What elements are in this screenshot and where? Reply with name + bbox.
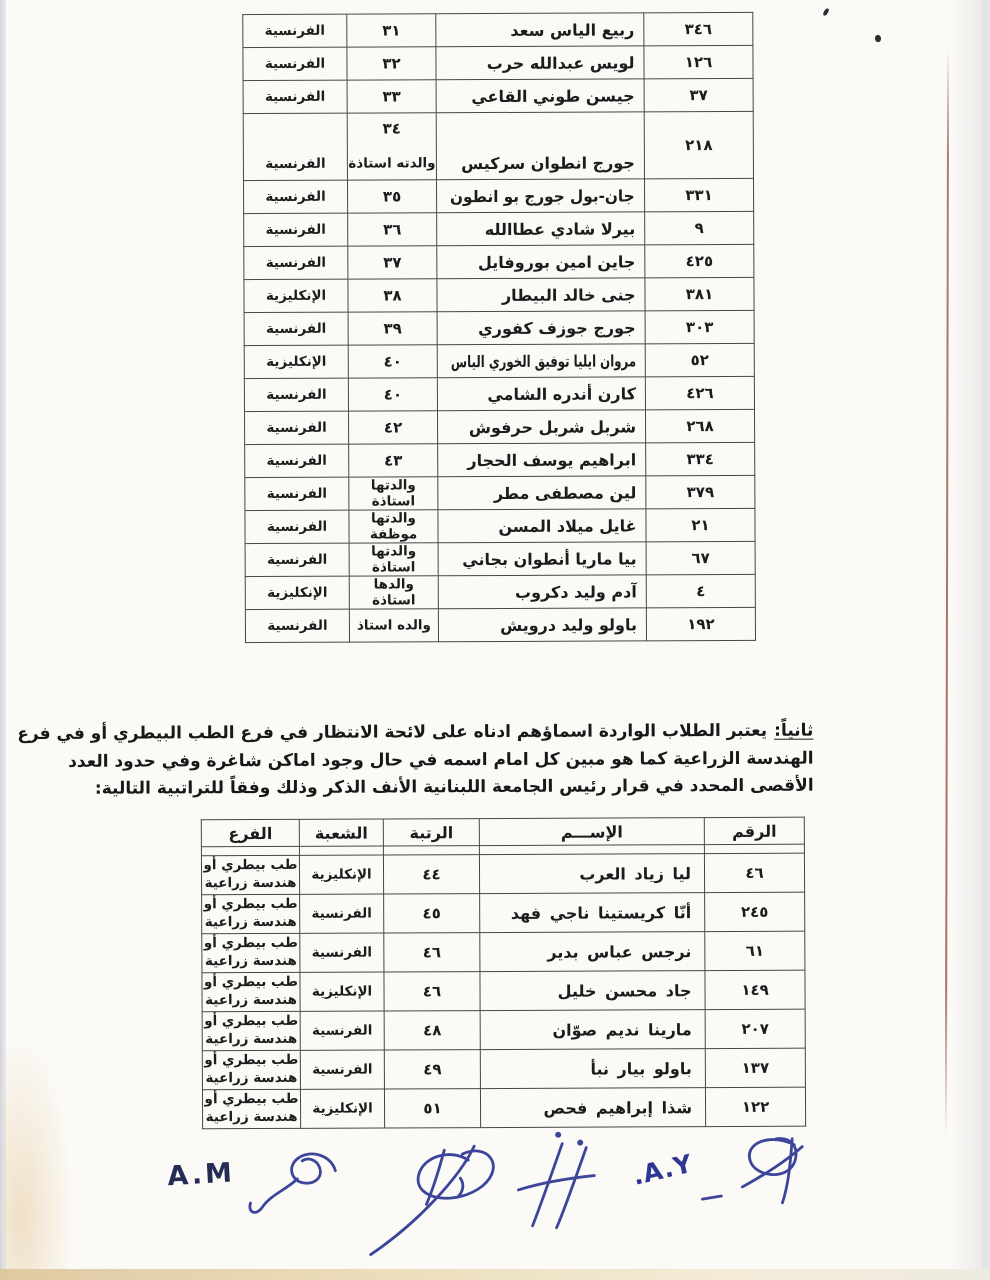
branch-cell: طب بيطري أو هندسة زراعية [202,933,300,972]
table-row: ٣٧ جيسن طوني القاعي ٣٣ الفرنسية [243,78,753,113]
rank-cell: ٣٩ [348,312,437,345]
student-number: ١٤٩ [741,981,769,999]
table-row: ١٣٧ باولو بيار نبأ ٤٩ الفرنسية طب بيطري … [202,1048,805,1090]
student-number: ٤٦ [745,864,763,882]
table-row: ٣٠٣ جورج جوزف كفوري ٣٩ الفرنسية [244,310,754,345]
table-row: ٢٤٥ أنّا كريستينا ناجي فهد ٤٥ الفرنسية ط… [202,892,805,934]
student-name-cell: أنّا كريستينا ناجي فهد [480,893,705,933]
rank-wrap: ٤٠ [349,379,437,409]
section-cell: الإنكليزية [300,972,384,1011]
rank-wrap: والدتها استاذة [350,543,438,575]
rank-wrap: ٣٨ [348,280,436,310]
student-name-cell: مارينا نديم صوّان [480,1010,705,1050]
student-number: ١٣٧ [742,1059,770,1077]
branch-line-2: هندسة زراعية [203,1070,300,1088]
rank-cell: ٣١ [347,14,436,47]
rank-value: ٤٠ [384,385,402,403]
branch-line-2: هندسة زراعية [202,914,299,932]
rank-wrap: ٣٢ [347,48,435,78]
signature-scribble-2 [370,1146,494,1255]
section-cell: الفرنسية [245,477,349,510]
student-name: جيسن طوني القاعي [471,86,634,106]
section-value: الإنكليزية [312,984,372,1000]
student-number-cell: ٢٠٧ [705,1009,805,1048]
student-name-cell: غايل ميلاد المسن [438,509,646,543]
rank-value: ٥١ [423,1099,441,1117]
rank-value: ٣٤ [383,119,401,137]
table-row: ٩ بيرلا شادي عطاالله ٣٦ الفرنسية [244,211,754,246]
page-edge-shadow [950,0,982,1280]
section-value: الفرنسية [266,222,326,238]
branch-cell: طب بيطري أو هندسة زراعية [201,855,299,894]
rank-wrap: ٣٤ والدته استاذة [348,115,436,177]
branch-line-2: هندسة زراعية [202,953,299,971]
student-name: نرجس عباس بدير [547,942,691,962]
header-rank: الرتبة [383,819,479,846]
student-name-cell: جورج انطوان سركيس [436,112,644,180]
rank-wrap: ٣٩ [349,313,437,343]
section-value: الفرنسية [267,519,327,535]
student-name: باولو بيار نبأ [590,1059,692,1078]
rank-cell: ٤٣ [349,444,438,477]
rank-value: ٣١ [382,21,400,39]
student-number-cell: ٦١ [705,931,805,970]
rank-wrap: ٣٣ [348,81,436,111]
section-value: الفرنسية [312,945,372,961]
branch-line-1: طب بيطري أو [203,1052,300,1070]
student-name: جان-بول جورج بو انطون [450,186,635,206]
student-name: مارينا نديم صوّان [552,1020,691,1040]
rank-wrap: والده استاذ [350,610,438,640]
table-row: ٣٣٤ ابراهيم يوسف الحجار ٤٣ الفرنسية [245,442,755,477]
section-value: الفرنسية [267,618,327,634]
section-value: الفرنسية [312,1023,372,1039]
rank-cell: والدتها استاذة [349,477,438,510]
student-name: جاين امين بوروفايل [478,252,635,272]
header-branch: الفرع [201,819,299,846]
branch-cell: طب بيطري أو هندسة زراعية [202,1089,300,1128]
scanned-document-page: ٣٤٦ ربيع الياس سعد ٣١ الفرنسية ١٢٦ [0,0,990,1280]
section-value: الفرنسية [265,89,325,105]
rank-value: ٣٢ [382,54,400,72]
student-number-cell: ٥٢ [645,343,754,376]
student-number-cell: ٣٤٦ [644,12,753,45]
student-number: ٣٠٣ [686,318,714,336]
student-number-cell: ١٤٩ [705,970,805,1009]
rank-cell: ٤٥ [384,894,480,933]
rank-wrap: ٣٧ [348,247,436,277]
student-number: ٣٨١ [686,285,714,303]
section-cell: الفرنسية [245,411,349,444]
table-row: ٤٢٥ جاين امين بوروفايل ٣٧ الفرنسية [244,244,754,279]
student-number: ٣٧ [689,86,707,104]
rank-cell: ٣٧ [348,246,437,279]
student-number-cell: ١٢٦ [644,45,753,78]
table-row: ٤٢٦ كارن أندره الشامي ٤٠ الفرنسية [244,376,754,411]
table-row: ١٩٢ باولو وليد درويش والده استاذ الفرنسي… [245,607,755,642]
section-value: الفرنسية [267,453,327,469]
parent-note: والدتها استاذة [349,477,437,509]
student-number: ٤٢٥ [686,252,714,270]
rank-cell: ٣٢ [347,47,436,80]
student-name-cell: جيسن طوني القاعي [436,79,644,113]
branch-cell: طب بيطري أو هندسة زراعية [202,1011,300,1050]
section-cell: الفرنسية [300,1011,384,1050]
section-value: الفرنسية [265,23,325,39]
table-row: ١٢٢ شذا إبراهيم فحص ٥١ الإنكليزية طب بيط… [202,1087,805,1129]
student-name: لين مصطفى مطر [494,483,637,503]
student-number: ٣٣١ [685,186,713,204]
rank-value: ٤٥ [422,904,440,922]
student-number: ٢١ [691,516,709,534]
rank-cell: ٤٨ [384,1011,480,1050]
student-name-cell: ليا زياد العرب [479,854,704,894]
student-name: لويس عبدالله حرب [487,53,635,73]
student-name: ابراهيم يوسف الحجار [467,450,636,470]
handwritten-signatures [142,1131,823,1274]
table-row: ٢٠٧ مارينا نديم صوّان ٤٨ الفرنسية طب بيط… [202,1009,805,1051]
rank-value: ٣٧ [383,253,401,271]
student-name: ليا زياد العرب [579,864,691,883]
rank-value: ٣٥ [383,187,401,205]
student-number: ٩ [695,219,704,237]
branch-line-1: طب بيطري أو [203,1013,300,1031]
rank-cell: ٤٤ [383,855,479,894]
student-name-cell: آدم وليد دكروب [438,575,646,609]
table-row: ٦١ نرجس عباس بدير ٤٦ الفرنسية طب بيطري أ… [202,931,805,973]
section-value: الإنكليزية [267,585,327,601]
student-number-cell: ١٣٧ [705,1048,805,1087]
rank-value: ٤٨ [423,1021,441,1039]
section-value: الإنكليزية [312,1101,372,1117]
rank-wrap: والدتها موظفة [349,510,437,542]
rank-wrap: ٤٢ [349,412,437,442]
student-number-cell: ١٢٢ [705,1087,805,1126]
section-value: الفرنسية [312,1062,372,1078]
student-name-cell: شربل شربل حرفوش [437,410,645,444]
signature-dash-after-ay [702,1196,721,1199]
signature-scribble-4 [742,1138,802,1203]
table-row: ٣٣١ جان-بول جورج بو انطون ٣٥ الفرنسية [243,178,753,213]
student-number-cell: ٣٠٣ [645,310,754,343]
section-cell: الفرنسية [244,246,348,279]
rank-value: ٣٨ [383,286,401,304]
student-name-cell: بيا ماريا أنطوان بجاني [438,542,646,576]
student-name-cell: باولو وليد درويش [438,608,646,642]
rank-value: ٣٦ [383,220,401,238]
document-content: ٣٤٦ ربيع الياس سعد ٣١ الفرنسية ١٢٦ [0,0,990,1280]
rank-value: ٣٩ [383,319,401,337]
rank-cell: ٣٥ [347,180,436,213]
student-name-cell: جورج جوزف كفوري [437,311,645,345]
student-number: ٢٤٥ [741,903,769,921]
student-name-cell: لين مصطفى مطر [438,476,646,510]
header-name: الإســـم [479,818,704,846]
student-number-cell: ٢٤٥ [705,892,805,931]
student-number-cell: ٢١٨ [644,111,753,178]
rank-cell: والدتها موظفة [349,510,438,543]
rank-cell: ٤٠ [348,378,437,411]
student-number-cell: ٣٧ [644,78,753,111]
student-name: كارن أندره الشامي [487,384,636,404]
student-number: ٤٢٦ [686,384,714,402]
aged-paper-bottom-edge [0,1269,990,1280]
student-name: جورج جوزف كفوري [478,318,636,338]
branch-line-1: طب بيطري أو [203,1091,300,1109]
table-row: ٢١ غايل ميلاد المسن والدتها موظفة الفرنس… [245,508,755,543]
section-cell: الفرنسية [245,543,349,576]
paragraph-text: يعتبر الطلاب الواردة اسماؤهم ادناه على ل… [17,721,767,744]
student-number: ٢٦٨ [686,417,714,435]
parent-note: والدتها موظفة [349,510,437,542]
student-number-cell: ٤٢٦ [645,376,754,409]
rank-value: ٤٦ [423,982,441,1000]
student-number-cell: ٢٦٨ [645,409,754,442]
student-number: ٦١ [746,942,764,960]
table-row: ٤ آدم وليد دكروب والدها استاذة الإنكليزي… [245,574,755,609]
rank-cell: ٣٨ [348,279,437,312]
table-row: ٤٦ ليا زياد العرب ٤٤ الإنكليزية طب بيطري… [201,853,804,895]
student-number: ١٩٢ [687,615,715,633]
scan-background-right [982,0,990,1280]
student-number-cell: ٤٦ [704,853,804,892]
parent-note: والدته استاذة [348,155,435,171]
rank-value: ٤٣ [384,451,402,469]
student-name-cell: جان-بول جورج بو انطون [436,179,644,213]
branch-line-1: طب بيطري أو [202,896,299,914]
rank-value: ٤٩ [423,1060,441,1078]
section-value: الفرنسية [266,255,326,271]
student-name: شربل شربل حرفوش [469,417,636,437]
student-number-cell: ٤ [646,574,755,607]
student-name-cell: ابراهيم يوسف الحجار [438,443,646,477]
section-cell: الفرنسية [244,213,348,246]
paragraph-line: الأقصى المحدد في قرار رئيس الجامعة اللبن… [169,773,814,803]
student-number: ٣٤٦ [685,20,713,38]
waitlist-table-vet-agri: الرقم الإســـم الرتبة الشعبة الفرع ٤٦ لي… [201,817,806,1130]
header-section: الشعبة [299,819,383,846]
table-row: ٣٨١ جنى خالد البيطار ٣٨ الإنكليزية [244,277,754,312]
student-name: جنى خالد البيطار [502,285,636,305]
rank-wrap: والدها استاذة [350,576,438,608]
section-value: الإنكليزية [266,288,326,304]
section-cell: الفرنسية [244,312,348,345]
branch-cell: طب بيطري أو هندسة زراعية [202,894,300,933]
section-cell: الفرنسية [245,510,349,543]
rank-cell: ٣٤ والدته استاذة [347,113,436,180]
student-name: آدم وليد دكروب [515,582,637,602]
signature-scribble-1 [250,1154,336,1213]
student-name-cell: جاين امين بوروفايل [437,245,645,279]
rank-cell: والدتها استاذة [349,543,438,576]
section-value: الفرنسية [266,420,326,436]
signature-scribble-3 [518,1133,594,1228]
section-value: الفرنسية [266,387,326,403]
student-name: باولو وليد درويش [500,615,637,635]
rank-cell: والدها استاذة [349,576,438,609]
branch-cell: طب بيطري أو هندسة زراعية [202,1050,300,1089]
student-name: مروان ايليا توفيق الخوري الياس [451,351,636,371]
section-value: الفرنسية [265,189,325,205]
paragraph-line: ثانياً:يعتبر الطلاب الواردة اسماؤهم ادنا… [168,718,813,748]
rank-cell: ٥١ [384,1089,480,1128]
rank-cell: ٤٢ [349,411,438,444]
section-cell: الفرنسية [243,14,347,47]
student-number-cell: ٣٣٤ [646,442,755,475]
student-name: جاد محسن خليل [558,981,692,1001]
section-cell: الفرنسية [244,378,348,411]
section-cell: الإنكليزية [245,576,349,609]
rank-cell: ٣٦ [348,213,437,246]
table-row: ١٢٦ لويس عبدالله حرب ٣٢ الفرنسية [243,45,753,80]
signature-comma-mark [458,1178,463,1196]
branch-line-1: طب بيطري أو [202,974,299,992]
section-cell: الإنكليزية [244,279,348,312]
section-cell: الإنكليزية [299,855,383,894]
rank-value: ٣٣ [382,87,400,105]
student-name: بيا ماريا أنطوان بجاني [462,549,636,569]
section-cell: الفرنسية [245,609,349,642]
student-name-cell: ربيع الياس سعد [436,13,644,47]
table-header-row: الرقم الإســـم الرتبة الشعبة الفرع [201,817,804,847]
student-number: ٣٧٩ [687,483,715,501]
student-number-cell: ٦٧ [646,541,755,574]
student-name: بيرلا شادي عطاالله [485,219,636,239]
branch-line-2: هندسة زراعية [203,992,300,1010]
branch-line-1: طب بيطري أو [202,857,299,875]
student-name: غايل ميلاد المسن [498,516,636,536]
student-number-cell: ٢١ [646,508,755,541]
student-number-cell: ٤٢٥ [645,244,754,277]
clause-label: ثانياً: [774,721,813,741]
section-cell: الفرنسية [300,894,384,933]
parent-note: والدها استاذة [350,576,438,608]
student-name: جورج انطوان سركيس [461,153,635,173]
rank-cell: ٤٦ [384,972,480,1011]
branch-line-2: هندسة زراعية [203,1109,300,1127]
student-number: ٦٧ [691,549,709,567]
student-name-cell: بيرلا شادي عطاالله [437,212,645,246]
table-row: ٣٤٦ ربيع الياس سعد ٣١ الفرنسية [243,12,753,47]
paragraph-line: الهندسة الزراعية كما هو مبين كل امام اسم… [168,745,813,775]
table-row: ٦٧ بيا ماريا أنطوان بجاني والدتها استاذة… [245,541,755,576]
student-name: ربيع الياس سعد [510,20,634,40]
rank-cell: ٤٩ [384,1050,480,1089]
section-cell: الفرنسية [243,47,347,80]
table-row: ٥٢ مروان ايليا توفيق الخوري الياس ٤٠ الإ… [244,343,754,378]
header-number: الرقم [704,817,804,844]
student-number-cell: ٣٣١ [644,178,753,211]
student-name-cell: كارن أندره الشامي [437,377,645,411]
section-cell: الفرنسية [243,80,347,113]
section-cell: الإنكليزية [244,345,348,378]
section-value: الفرنسية [267,552,327,568]
rank-wrap: ٣٥ [348,181,436,211]
student-name-cell: شذا إبراهيم فحص [480,1088,705,1128]
student-number: ٣٣٤ [686,450,714,468]
parent-note: والده استاذ [357,617,431,633]
student-number: ١٢٢ [742,1098,770,1116]
rank-cell: ٣٣ [347,80,436,113]
branch-line-2: هندسة زراعية [202,875,299,893]
rank-value: ٤٦ [423,943,441,961]
student-number: ١٢٦ [685,53,713,71]
section-value: الفرنسية [265,56,325,72]
section-cell: الفرنسية [300,1050,384,1089]
rank-wrap: ٣١ [347,15,435,45]
section-value: الفرنسية [311,906,371,922]
section-value: الفرنسية [266,321,326,337]
rank-value: ٤٠ [384,352,402,370]
student-name: شذا إبراهيم فحص [543,1098,692,1118]
parent-note: والدتها استاذة [350,543,438,575]
student-number: ٢١٨ [685,136,713,154]
section-cell: الفرنسية [245,444,349,477]
rank-wrap: ٣٦ [348,214,436,244]
branch-line-1: طب بيطري أو [202,935,299,953]
aged-paper-stain [4,1030,74,1280]
table-row: ٢١٨ جورج انطوان سركيس ٣٤ والدته استاذة ا… [243,111,753,180]
student-number: ٥٢ [691,351,709,369]
student-number-cell: ٩ [645,211,754,244]
branch-line-2: هندسة زراعية [203,1031,300,1049]
student-name-cell: باولو بيار نبأ [480,1049,705,1089]
student-name-cell: نرجس عباس بدير [480,932,705,972]
section-value: الإنكليزية [311,867,371,883]
section-value: الفرنسية [267,486,327,502]
table-row: ١٤٩ جاد محسن خليل ٤٦ الإنكليزية طب بيطري… [202,970,805,1012]
student-name-cell: جنى خالد البيطار [437,278,645,312]
student-name-cell: جاد محسن خليل [480,971,705,1011]
student-number-cell: ١٩٢ [646,607,755,640]
student-number: ٢٠٧ [741,1020,769,1038]
table-row: ٣٧٩ لين مصطفى مطر والدتها استاذة الفرنسي… [245,475,755,510]
second-clause-paragraph: ثانياً:يعتبر الطلاب الواردة اسماؤهم ادنا… [168,718,813,803]
student-name: أنّا كريستينا ناجي فهد [511,903,691,923]
section-value: الإنكليزية [266,354,326,370]
student-name-cell: مروان ايليا توفيق الخوري الياس [437,344,645,378]
waitlist-table-main: ٣٤٦ ربيع الياس سعد ٣١ الفرنسية ١٢٦ [242,12,756,643]
rank-wrap: والدتها استاذة [349,477,437,509]
section-cell: الفرنسية [243,113,347,180]
section-cell: الفرنسية [243,180,347,213]
section-cell: الفرنسية [300,933,384,972]
rank-value: ٤٤ [422,865,440,883]
branch-cell: طب بيطري أو هندسة زراعية [202,972,300,1011]
student-name-cell: لويس عبدالله حرب [436,46,644,80]
rank-cell: والده استاذ [349,609,438,642]
student-number-cell: ٣٨١ [645,277,754,310]
student-number-cell: ٣٧٩ [646,475,755,508]
section-cell: الإنكليزية [300,1089,384,1128]
student-number: ٤ [696,582,705,600]
rank-value: ٤٢ [384,418,402,436]
rank-cell: ٤٦ [384,933,480,972]
table-row: ٢٦٨ شربل شربل حرفوش ٤٢ الفرنسية [245,409,755,444]
rank-wrap: ٤٣ [349,445,437,475]
section-value: الفرنسية [265,156,325,172]
